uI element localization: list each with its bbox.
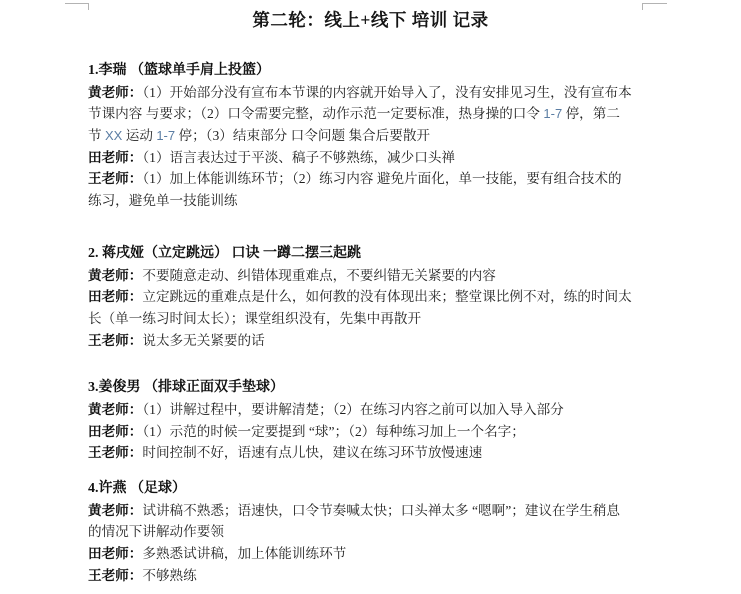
section-4-heading: 4.许燕 （足球） [88, 478, 651, 500]
document-body: 1.李瑞 （篮球单手肩上投篮） 黄老师：（1）开始部分没有宣布本节课的内容就开始… [0, 60, 651, 586]
line-text: （1）开始部分没有宣布本节课的内容就开始导入了，没有安排见习生，没有宣布本 [142, 85, 631, 100]
teacher-label: 黄老师： [88, 268, 142, 283]
body-line: 的情况下讲解动作要领 [88, 521, 651, 543]
body-line: 田老师：（1）语言表达过于平淡、稿子不够熟练，减少口头禅 [88, 147, 651, 169]
line-text: 立定跳远的重难点是什么，如何教的没有体现出来；整堂课比例不对，练的时间太 [142, 289, 631, 304]
teacher-label: 田老师： [88, 150, 142, 165]
line-text: 练习，避免单一技能训练 [88, 193, 238, 208]
section-1-heading: 1.李瑞 （篮球单手肩上投篮） [88, 60, 651, 82]
teacher-label: 王老师： [88, 445, 142, 460]
section-3-jiang-junnan: 3.姜俊男 （排球正面双手垫球） 黄老师：（1）讲解过程中，要讲解清楚；（2）在… [88, 377, 651, 464]
section-4-xu-yan: 4.许燕 （足球） 黄老师：试讲稿不熟悉；语速快，口令节奏喊太快；口头禅太多 “… [88, 478, 651, 586]
page-title: 第二轮：线上+线下 培训 记录 [0, 8, 741, 32]
line-text: 长（单一练习时间太长）；课堂组织没有，先集中再散开 [88, 311, 421, 326]
teacher-label: 黄老师： [88, 503, 142, 518]
teacher-label: 王老师： [88, 171, 142, 186]
body-line: 王老师：不够熟练 [88, 565, 651, 587]
teacher-label: 黄老师： [88, 402, 142, 417]
section-2-jiang-xuya: 2. 蒋戌娅（立定跳远） 口诀 一蹲二摆三起跳 黄老师：不要随意走动、纠错体现重… [88, 243, 651, 351]
line-text: （1）示范的时候一定要提到 “球”；（2）每种练习加上一个名字； [142, 424, 525, 439]
body-line: 王老师：时间控制不好，语速有点儿快，建议在练习环节放慢速速 [88, 442, 651, 464]
margin-crop-mark-left [65, 3, 89, 10]
margin-crop-mark-right [642, 3, 667, 10]
section-1-li-rui: 1.李瑞 （篮球单手肩上投篮） 黄老师：（1）开始部分没有宣布本节课的内容就开始… [88, 60, 651, 212]
body-line: 田老师：立定跳远的重难点是什么，如何教的没有体现出来；整堂课比例不对，练的时间太 [88, 286, 651, 308]
line-text: 的情况下讲解动作要领 [88, 524, 224, 539]
body-line: 黄老师：不要随意走动、纠错体现重难点，不要纠错无关紧要的内容 [88, 265, 651, 287]
line-text: 不要随意走动、纠错体现重难点，不要纠错无关紧要的内容 [142, 268, 495, 283]
body-line: 节课内容 与要求；（2）口令需要完整，动作示范一定要标准，热身操的口令 1-7 … [88, 103, 651, 125]
number-text: 1-7 [543, 106, 562, 121]
body-line: 黄老师：试讲稿不熟悉；语速快，口令节奏喊太快；口头禅太多 “嗯啊”；建议在学生稍… [88, 500, 651, 522]
body-line: 田老师：多熟悉试讲稿，加上体能训练环节 [88, 543, 651, 565]
teacher-label: 王老师： [88, 333, 142, 348]
line-text: （1）讲解过程中，要讲解清楚；（2）在练习内容之前可以加入导入部分 [142, 402, 563, 417]
line-text: 多熟悉试讲稿，加上体能训练环节 [142, 546, 346, 561]
section-3-heading: 3.姜俊男 （排球正面双手垫球） [88, 377, 651, 399]
line-text: 节课内容 与要求；（2）口令需要完整，动作示范一定要标准，热身操的口令 [88, 106, 543, 121]
line-text: （1）语言表达过于平淡、稿子不够熟练，减少口头禅 [142, 150, 455, 165]
body-line: 练习，避免单一技能训练 [88, 190, 651, 212]
teacher-label: 黄老师： [88, 85, 142, 100]
number-text: XX [105, 128, 122, 143]
body-line: 王老师：（1）加上体能训练环节；（2）练习内容 避免片面化，单一技能，要有组合技… [88, 168, 651, 190]
line-text: 停，第二 [562, 106, 620, 121]
line-text: 试讲稿不熟悉；语速快，口令节奏喊太快；口头禅太多 “嗯啊”；建议在学生稍息 [142, 503, 620, 518]
teacher-label: 王老师： [88, 568, 142, 583]
line-text: 说太多无关紧要的话 [142, 333, 264, 348]
line-text: 停；（3）结束部分 口令问题 集合后要散开 [175, 128, 430, 143]
line-text: 时间控制不好，语速有点儿快，建议在练习环节放慢速速 [142, 445, 482, 460]
body-line: 长（单一练习时间太长）；课堂组织没有，先集中再散开 [88, 308, 651, 330]
line-text: 不够熟练 [142, 568, 196, 583]
body-line: 王老师：说太多无关紧要的话 [88, 330, 651, 352]
body-line: 黄老师：（1）讲解过程中，要讲解清楚；（2）在练习内容之前可以加入导入部分 [88, 399, 651, 421]
teacher-label: 田老师： [88, 546, 142, 561]
line-text: 节 [88, 128, 105, 143]
teacher-label: 田老师： [88, 289, 142, 304]
number-text: 1-7 [156, 128, 175, 143]
line-text: （1）加上体能训练环节；（2）练习内容 避免片面化，单一技能，要有组合技术的 [142, 171, 621, 186]
body-line: 黄老师：（1）开始部分没有宣布本节课的内容就开始导入了，没有安排见习生，没有宣布… [88, 82, 651, 104]
body-line: 节 XX 运动 1-7 停；（3）结束部分 口令问题 集合后要散开 [88, 125, 651, 147]
section-2-heading: 2. 蒋戌娅（立定跳远） 口诀 一蹲二摆三起跳 [88, 243, 651, 265]
teacher-label: 田老师： [88, 424, 142, 439]
line-text: 运动 [122, 128, 156, 143]
body-line: 田老师：（1）示范的时候一定要提到 “球”；（2）每种练习加上一个名字； [88, 421, 651, 443]
